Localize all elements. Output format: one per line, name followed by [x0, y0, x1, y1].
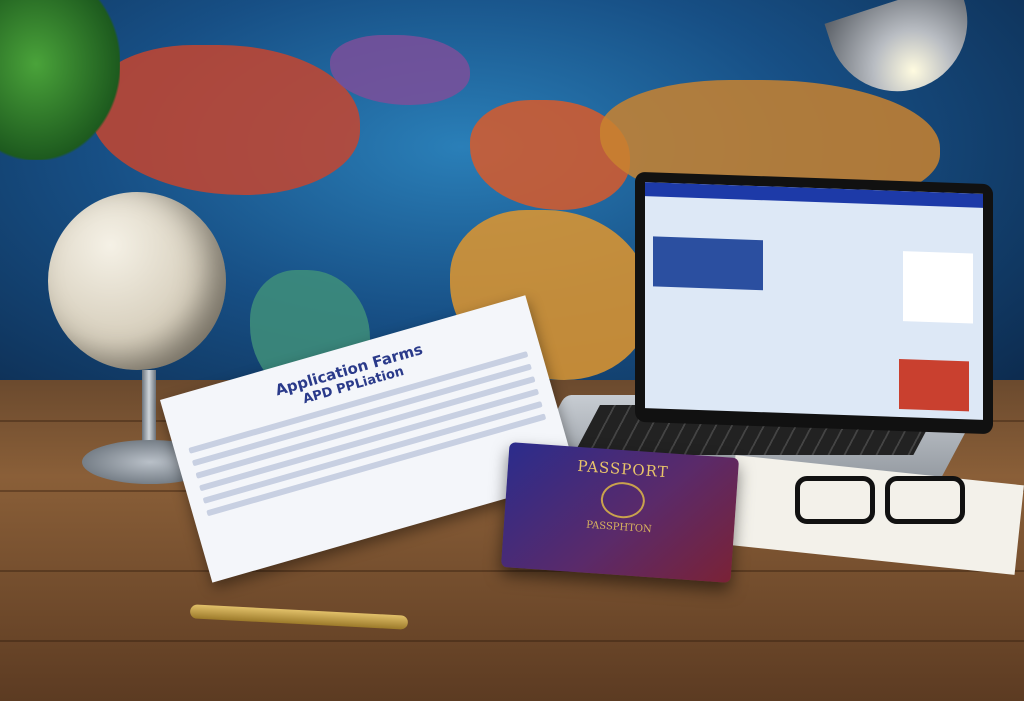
- continent-greenland: [330, 35, 470, 105]
- plant: [0, 0, 120, 160]
- globe: [48, 192, 226, 370]
- website-promo-card: [899, 359, 969, 411]
- passport-title: PASSPORT: [508, 452, 739, 486]
- coat-of-arms-icon: [600, 481, 646, 520]
- website-hero-image: [653, 236, 763, 290]
- passport-subtitle: PASSPHTON: [504, 514, 734, 541]
- laptop-screen: [635, 172, 993, 435]
- continent-north-america: [90, 45, 360, 195]
- passport: PASSPORT PASSPHTON: [501, 442, 739, 583]
- globe-stand: [142, 370, 156, 450]
- website-nav-bar: [645, 182, 983, 208]
- website-login-box: [903, 251, 973, 323]
- website-display: [645, 182, 983, 420]
- eyeglasses: [795, 470, 965, 520]
